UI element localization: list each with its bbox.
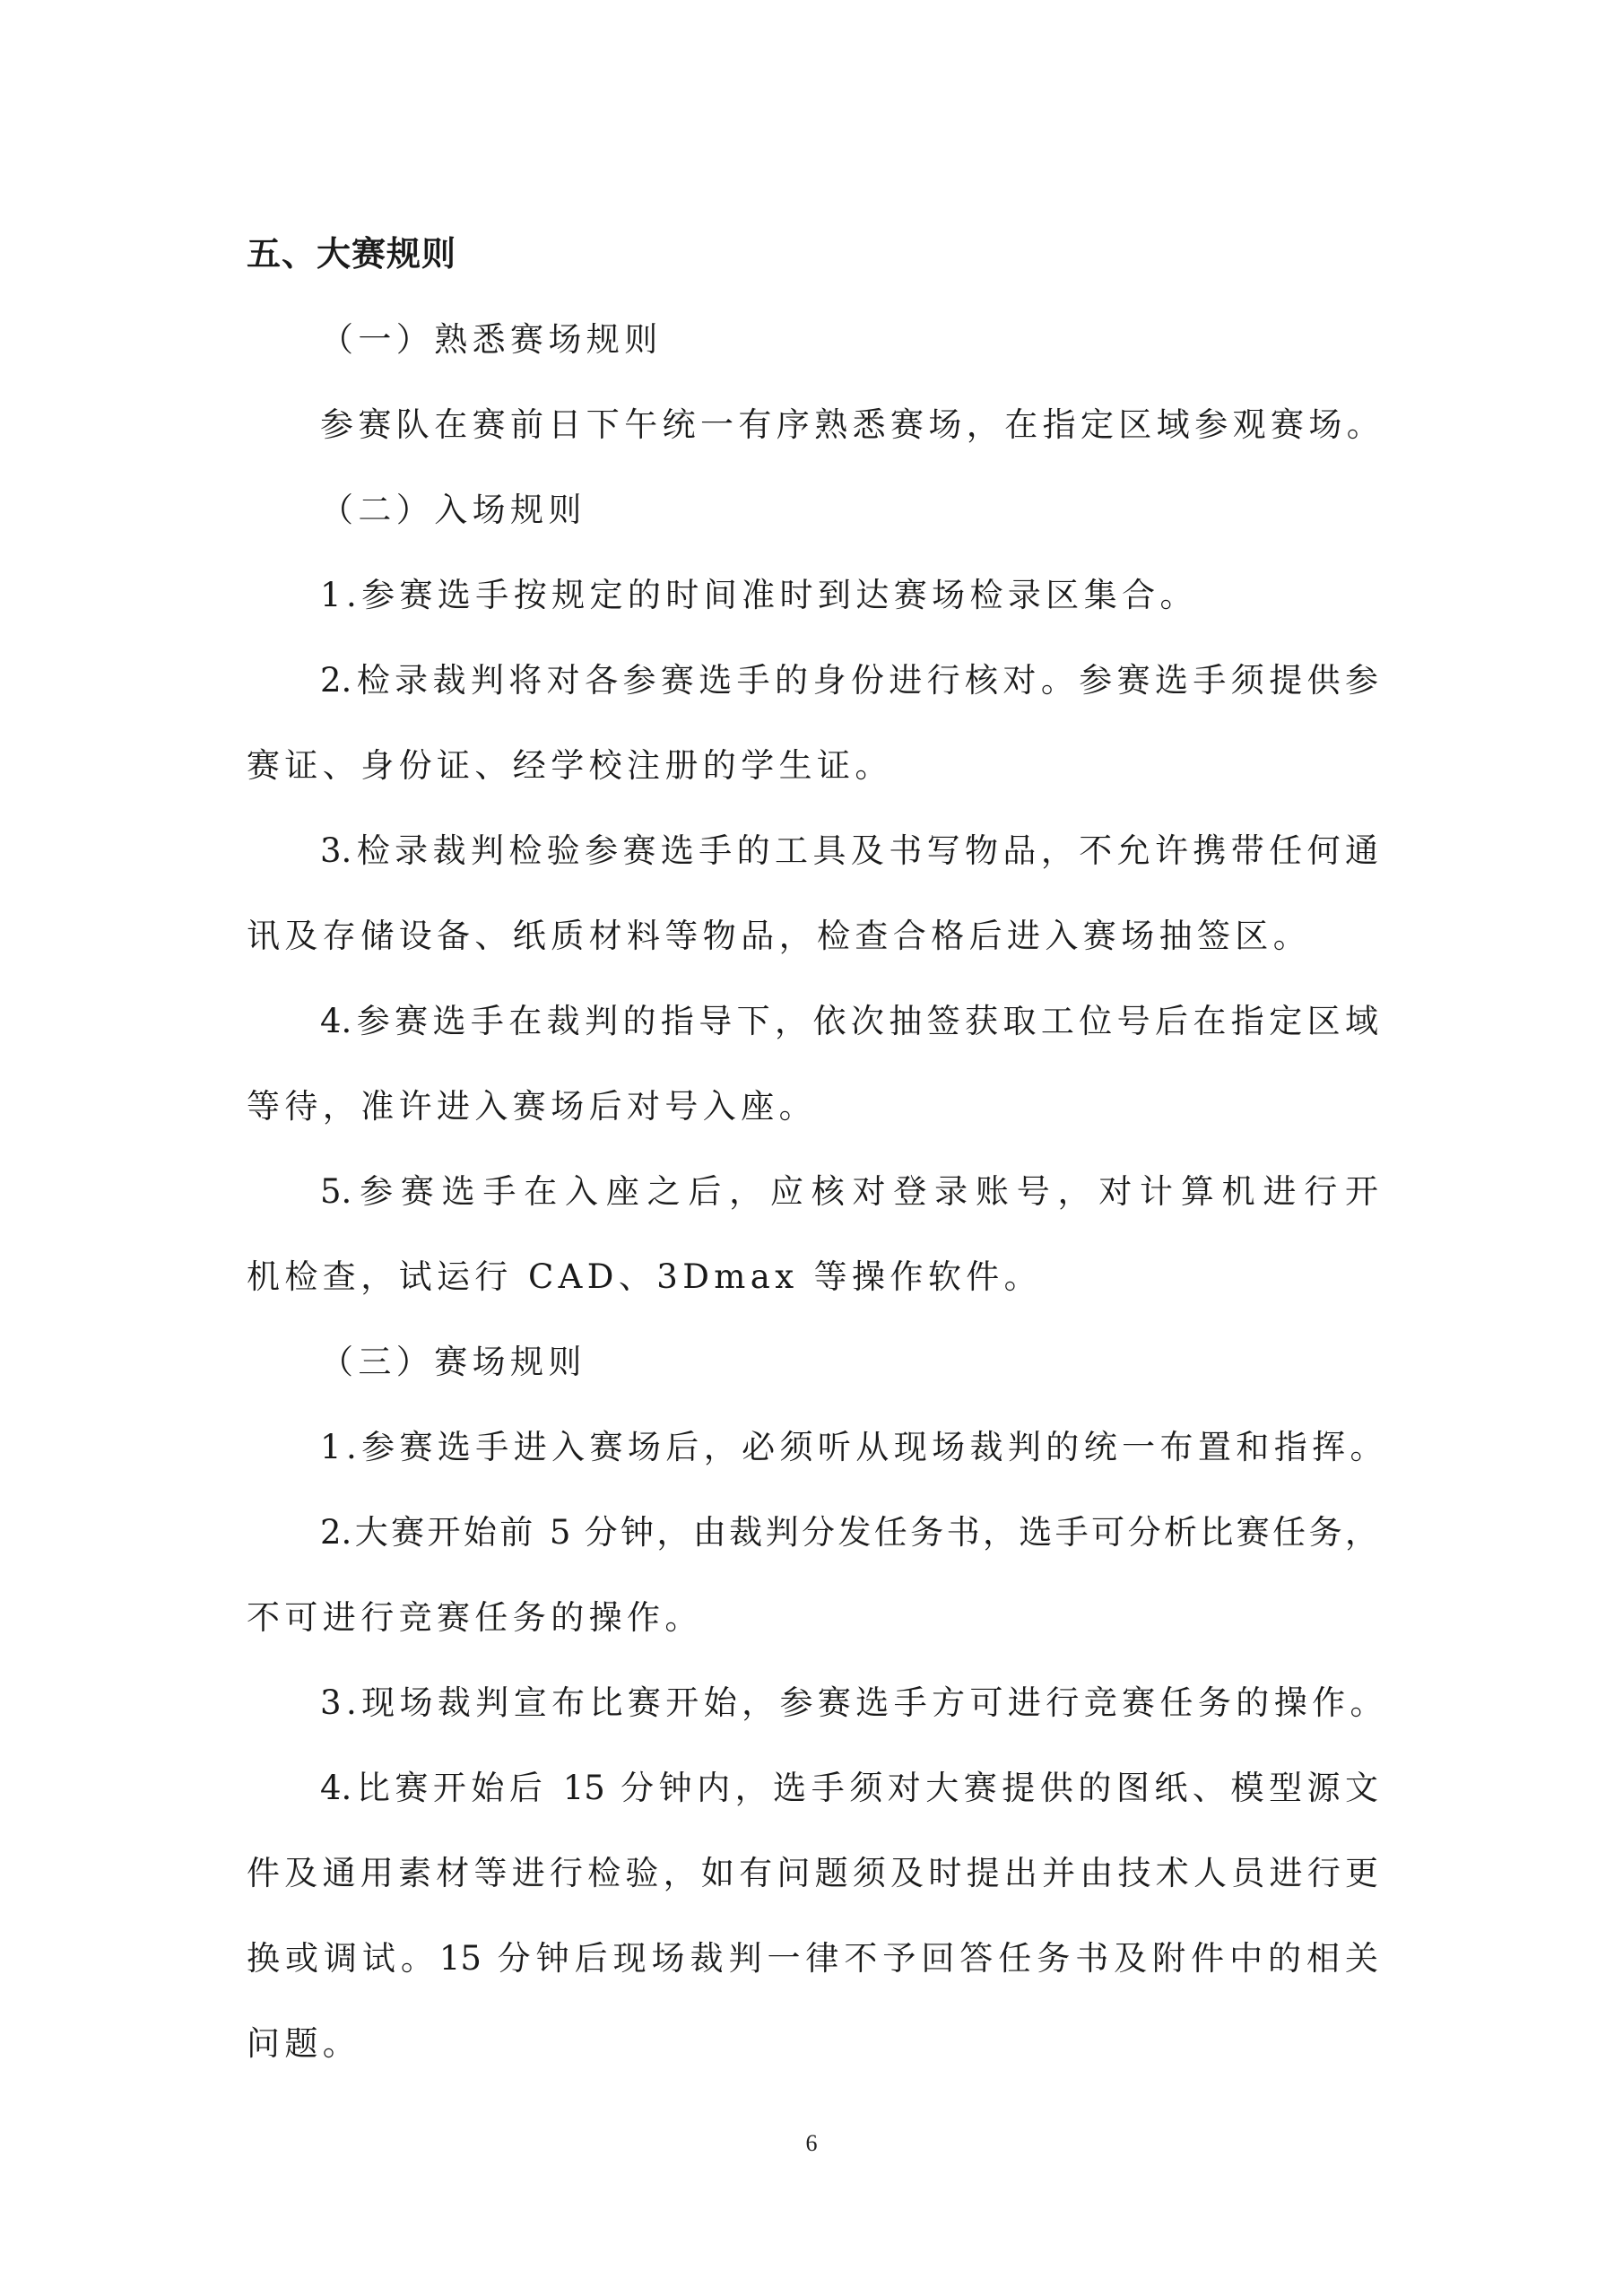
entry-rule-5-line-1: 5.参赛选手在入座之后，应核对登录账号，对计算机进行开 bbox=[247, 1149, 1378, 1234]
entry-rule-2-line-2: 赛证、身份证、经学校注册的学生证。 bbox=[247, 723, 1378, 808]
page-number: 6 bbox=[0, 2130, 1623, 2157]
document-page: 五、大赛规则 （一）熟悉赛场规则 参赛队在赛前日下午统一有序熟悉赛场，在指定区域… bbox=[0, 0, 1623, 2296]
entry-rule-4-line-2: 等待，准许进入赛场后对号入座。 bbox=[247, 1064, 1378, 1149]
venue-rule-2-line-1: 2.大赛开始前 5 分钟，由裁判分发任务书，选手可分析比赛任务， bbox=[247, 1490, 1378, 1575]
paragraph-familiarize: 参赛队在赛前日下午统一有序熟悉赛场，在指定区域参观赛场。 bbox=[247, 382, 1378, 467]
venue-rule-4-line-2: 件及通用素材等进行检验，如有问题须及时提出并由技术人员进行更 bbox=[247, 1831, 1378, 1916]
entry-rule-3-line-2: 讯及存储设备、纸质材料等物品，检查合格后进入赛场抽签区。 bbox=[247, 893, 1378, 978]
venue-rule-4-line-4: 问题。 bbox=[247, 2001, 1378, 2086]
entry-rule-5-line-2: 机检查，试运行 CAD、3Dmax 等操作软件。 bbox=[247, 1234, 1378, 1319]
subsection-title-venue: （三）赛场规则 bbox=[247, 1319, 1378, 1405]
subsection-title-familiarize: （一）熟悉赛场规则 bbox=[247, 297, 1378, 382]
entry-rule-4-line-1: 4.参赛选手在裁判的指导下，依次抽签获取工位号后在指定区域 bbox=[247, 978, 1378, 1064]
venue-rule-2-line-2: 不可进行竞赛任务的操作。 bbox=[247, 1575, 1378, 1660]
venue-rule-3: 3.现场裁判宣布比赛开始，参赛选手方可进行竞赛任务的操作。 bbox=[247, 1660, 1378, 1745]
entry-rule-2-line-1: 2.检录裁判将对各参赛选手的身份进行核对。参赛选手须提供参 bbox=[247, 638, 1378, 723]
section-title: 五、大赛规则 bbox=[247, 212, 1378, 297]
venue-rule-1: 1.参赛选手进入赛场后，必须听从现场裁判的统一布置和指挥。 bbox=[247, 1405, 1378, 1490]
subsection-title-entry: （二）入场规则 bbox=[247, 467, 1378, 552]
entry-rule-1: 1.参赛选手按规定的时间准时到达赛场检录区集合。 bbox=[247, 552, 1378, 638]
entry-rule-3-line-1: 3.检录裁判检验参赛选手的工具及书写物品，不允许携带任何通 bbox=[247, 808, 1378, 893]
venue-rule-4-line-1: 4.比赛开始后 15 分钟内，选手须对大赛提供的图纸、模型源文 bbox=[247, 1745, 1378, 1831]
venue-rule-4-line-3: 换或调试。15 分钟后现场裁判一律不予回答任务书及附件中的相关 bbox=[247, 1916, 1378, 2001]
